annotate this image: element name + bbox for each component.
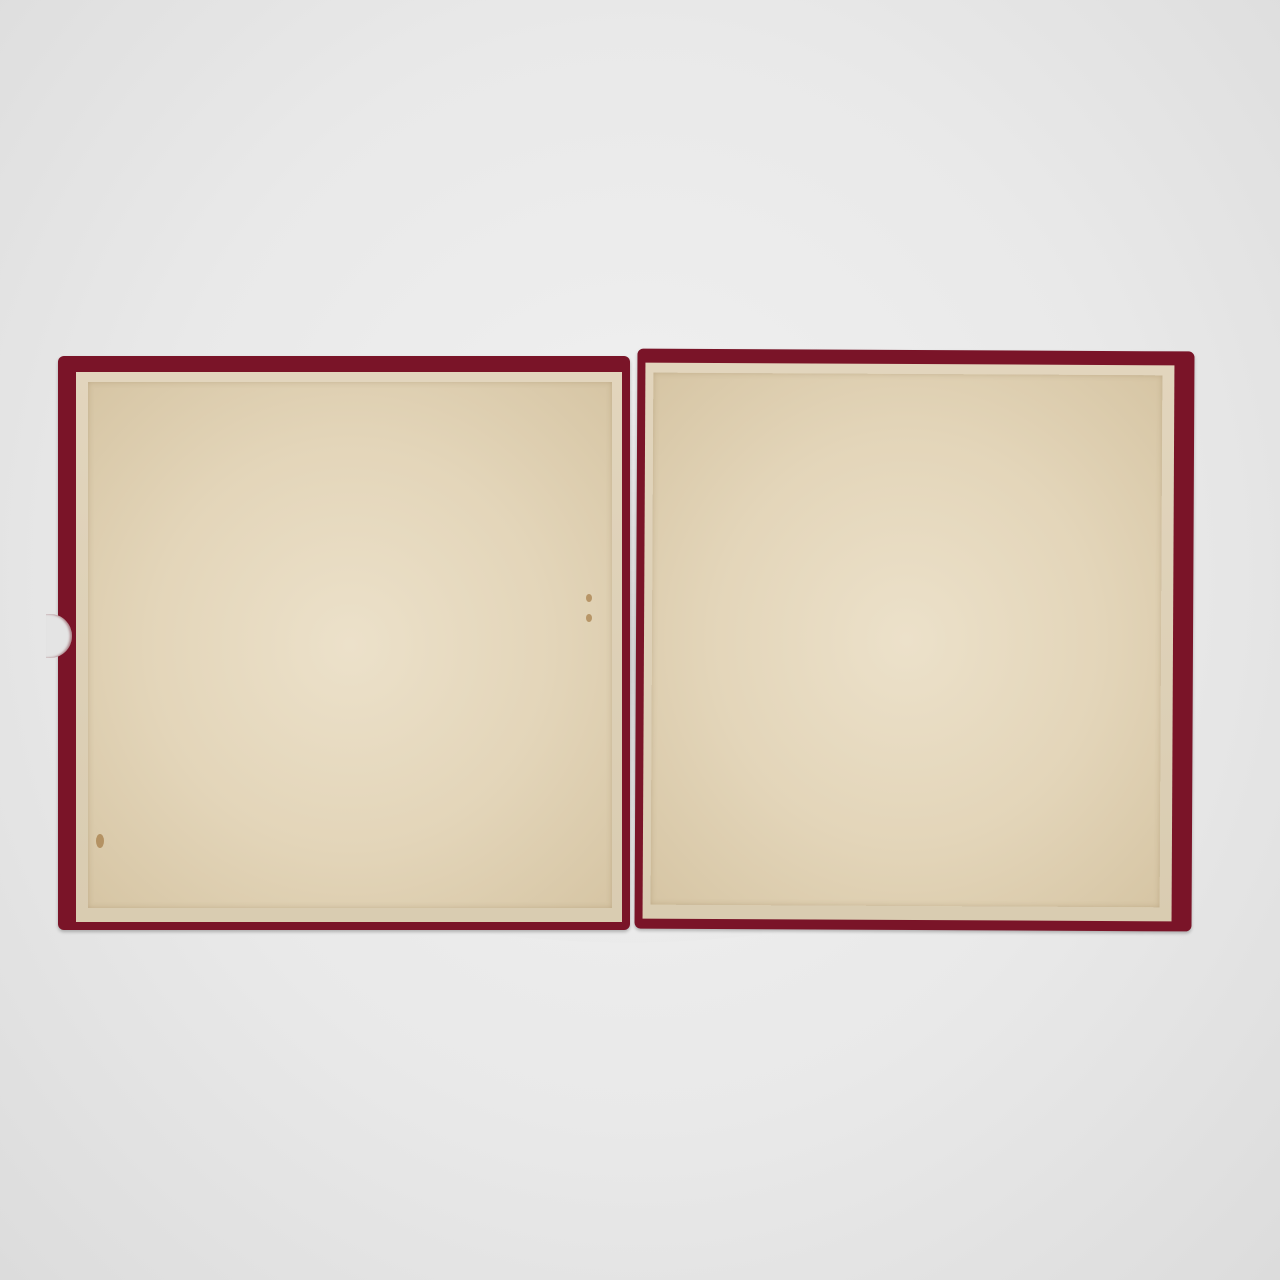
- base-interior-floor: [88, 382, 612, 908]
- lid-interior-floor: [651, 373, 1163, 908]
- base-inner-wall: [76, 372, 622, 922]
- finger-notch: [46, 614, 72, 658]
- lid-inner-wall: [643, 363, 1175, 922]
- stain-mark: [96, 834, 104, 848]
- stain-mark: [586, 594, 592, 602]
- box-base-tray: [58, 356, 630, 930]
- stain-mark: [586, 614, 592, 622]
- box-lid-tray: [634, 349, 1194, 932]
